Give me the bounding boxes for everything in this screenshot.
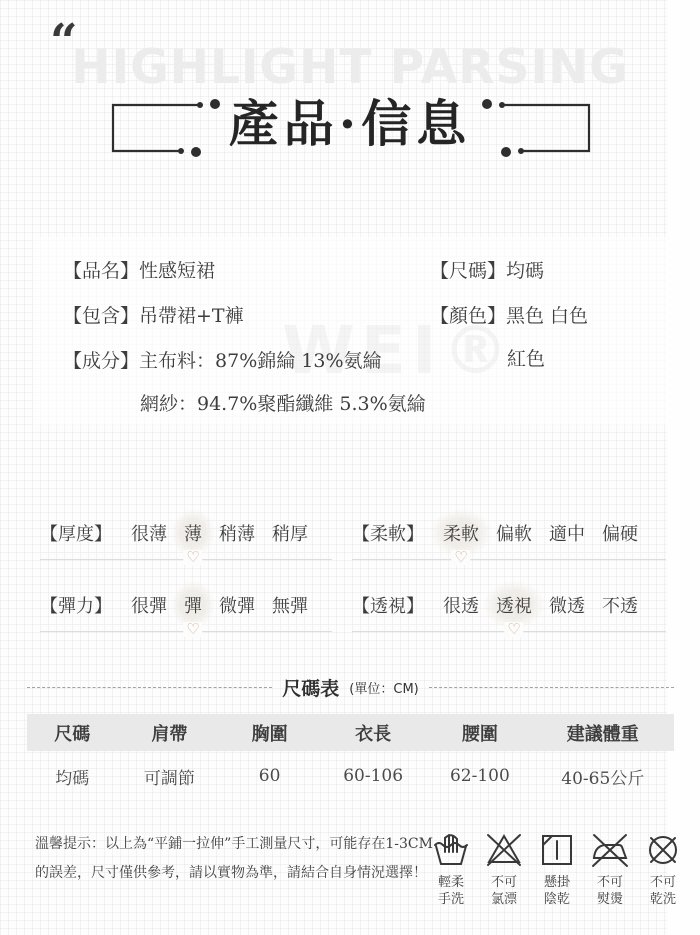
attr-underline: ♡ xyxy=(40,631,332,633)
product-info-page: “ HIGHLIGHT PARSING 產品·信息 WEI® 【品名】 性感短裙… xyxy=(0,0,700,935)
dashed-line xyxy=(27,687,272,688)
heart-icon: ♡ xyxy=(183,550,202,565)
care-item-hang-dry: 懸掛 陰乾 xyxy=(535,830,579,908)
table-row: 均碼 可調節 60 60-106 62-100 40-65公斤 xyxy=(27,751,674,801)
care-icons-row: 輕柔 手洗 不可 氯漂 xyxy=(429,830,685,908)
care-label: 不可 熨燙 xyxy=(588,874,632,908)
attr-option: 很彈 xyxy=(131,592,167,618)
attr-underline: ♡ xyxy=(352,559,666,561)
attr-group-softness: 【柔軟】 柔軟 偏軟 適中 偏硬 ♡ xyxy=(352,520,666,561)
info-value: 網紗：94.7%聚酯纖維 5.3%氨綸 xyxy=(140,389,426,416)
attr-option: 無彈 xyxy=(272,592,308,618)
table-cell: 60-106 xyxy=(318,766,428,786)
attr-row: 【柔軟】 柔軟 偏軟 適中 偏硬 xyxy=(352,520,666,546)
size-table-title: 尺碼表 xyxy=(282,674,339,701)
table-header-cell: 肩帶 xyxy=(118,720,222,746)
info-value: 紅色 xyxy=(507,344,545,371)
heart-icon: ♡ xyxy=(183,622,202,637)
title-bracket-right-icon xyxy=(481,96,591,160)
info-value: 主布料：87%錦綸 13%氨綸 xyxy=(139,346,382,373)
size-table-header: 尺碼表 (單位：CM) xyxy=(27,674,674,701)
info-column-right: 【尺碼】 均碼 【顏色】 黑色 白色 紅色 xyxy=(430,247,670,377)
attr-group-transparency: 【透視】 很透 透視 微透 不透 ♡ xyxy=(352,592,666,633)
info-row-name: 【品名】 性感短裙 xyxy=(63,247,433,292)
attr-row: 【彈力】 很彈 彈 微彈 無彈 xyxy=(40,592,332,618)
info-value: 性感短裙 xyxy=(139,256,215,283)
attr-option: 微彈 xyxy=(219,592,255,618)
attr-option: 微透 xyxy=(549,592,585,618)
table-header-cell: 衣長 xyxy=(318,720,428,746)
dashed-line xyxy=(429,687,674,688)
attr-group-elasticity: 【彈力】 很彈 彈 微彈 無彈 ♡ xyxy=(40,592,332,633)
care-label: 不可 乾洗 xyxy=(641,874,685,908)
attr-underline: ♡ xyxy=(40,559,332,561)
hang-dry-icon xyxy=(537,830,577,870)
info-label: 【包含】 xyxy=(63,301,139,328)
attr-label: 【柔軟】 xyxy=(352,520,424,546)
info-value: 黑色 白色 xyxy=(506,301,588,328)
care-item-no-dry-clean: 不可 乾洗 xyxy=(641,830,685,908)
attr-option: 偏硬 xyxy=(602,520,638,546)
info-value: 吊帶裙+T褲 xyxy=(139,301,244,328)
attr-option: 很薄 xyxy=(131,520,167,546)
attr-label: 【彈力】 xyxy=(40,592,112,618)
attr-option: 稍厚 xyxy=(272,520,308,546)
care-item-no-bleach: 不可 氯漂 xyxy=(482,830,526,908)
attr-label: 【透視】 xyxy=(352,592,424,618)
info-row-color: 【顏色】 黑色 白色 xyxy=(430,292,670,337)
table-cell: 62-100 xyxy=(428,766,532,786)
attr-option: 偏軟 xyxy=(496,520,532,546)
attr-row: 【厚度】 很薄 薄 稍薄 稍厚 xyxy=(40,520,332,546)
tips-line-1: 溫馨提示：以上為“平鋪一拉伸”手工測量尺寸，可能存在1-3CM xyxy=(35,830,429,859)
info-row-composition: 【成分】 主布料：87%錦綸 13%氨綸 xyxy=(63,337,433,382)
footer: 溫馨提示：以上為“平鋪一拉伸”手工測量尺寸，可能存在1-3CM 的誤差，尺寸僅供… xyxy=(35,830,671,908)
size-table-section: 尺碼表 (單位：CM) 尺碼 肩帶 胸圍 衣長 腰圍 建議體重 均碼 可調節 6… xyxy=(27,674,674,801)
table-header-row: 尺碼 肩帶 胸圍 衣長 腰圍 建議體重 xyxy=(27,714,674,751)
info-row-size: 【尺碼】 均碼 xyxy=(430,247,670,292)
attr-option: 稍薄 xyxy=(219,520,255,546)
size-table: 尺碼 肩帶 胸圍 衣長 腰圍 建議體重 均碼 可調節 60 60-106 62-… xyxy=(27,714,674,801)
care-label: 輕柔 手洗 xyxy=(429,874,473,908)
info-label: 【顏色】 xyxy=(430,301,506,328)
table-cell: 40-65公斤 xyxy=(532,764,674,789)
tips-text: 溫馨提示：以上為“平鋪一拉伸”手工測量尺寸，可能存在1-3CM 的誤差，尺寸僅供… xyxy=(35,830,429,888)
info-value: 均碼 xyxy=(506,256,544,283)
hand-wash-icon xyxy=(431,830,471,870)
info-label: 【品名】 xyxy=(63,256,139,283)
info-row-color-2: 紅色 xyxy=(430,337,670,377)
table-header-cell: 建議體重 xyxy=(532,720,674,746)
info-row-composition-2: 網紗：94.7%聚酯纖維 5.3%氨綸 xyxy=(63,382,433,422)
care-label: 不可 氯漂 xyxy=(482,874,526,908)
no-bleach-icon xyxy=(484,830,524,870)
table-header-cell: 尺碼 xyxy=(27,720,118,746)
table-cell: 60 xyxy=(221,766,318,786)
care-item-hand-wash: 輕柔 手洗 xyxy=(429,830,473,908)
attr-label: 【厚度】 xyxy=(40,520,112,546)
no-iron-icon xyxy=(590,830,630,870)
table-cell: 均碼 xyxy=(27,764,118,789)
info-label: 【成分】 xyxy=(63,346,139,373)
info-label: 【尺碼】 xyxy=(430,256,506,283)
heart-icon: ♡ xyxy=(451,550,470,565)
info-row-contents: 【包含】 吊帶裙+T褲 xyxy=(63,292,433,337)
care-label: 懸掛 陰乾 xyxy=(535,874,579,908)
attr-underline: ♡ xyxy=(352,631,666,633)
attr-group-thickness: 【厚度】 很薄 薄 稍薄 稍厚 ♡ xyxy=(40,520,332,561)
page-title: 產品·信息 xyxy=(0,88,700,160)
table-header-cell: 胸圍 xyxy=(221,720,318,746)
tips-line-2: 的誤差，尺寸僅供參考，請以實物為準，請結合自身情況選擇！ xyxy=(35,859,429,888)
info-column-left: 【品名】 性感短裙 【包含】 吊帶裙+T褲 【成分】 主布料：87%錦綸 13%… xyxy=(63,247,433,422)
attr-option: 很透 xyxy=(443,592,479,618)
no-dry-clean-icon xyxy=(643,830,683,870)
table-cell: 可調節 xyxy=(118,764,222,789)
heart-icon: ♡ xyxy=(504,622,523,637)
size-table-unit: (單位：CM) xyxy=(349,678,418,697)
title-banner: 產品·信息 xyxy=(0,88,700,163)
care-item-no-iron: 不可 熨燙 xyxy=(588,830,632,908)
watermark-text: HIGHLIGHT PARSING xyxy=(0,40,700,95)
attr-option: 不透 xyxy=(602,592,638,618)
attr-option: 適中 xyxy=(549,520,585,546)
table-header-cell: 腰圍 xyxy=(428,720,532,746)
attr-row: 【透視】 很透 透視 微透 不透 xyxy=(352,592,666,618)
